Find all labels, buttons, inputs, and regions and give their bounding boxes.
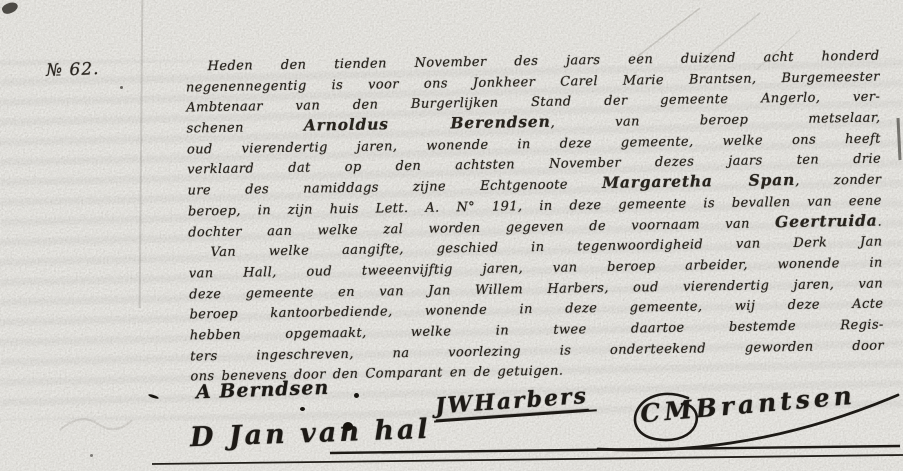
ink-blot (120, 86, 123, 89)
ink-blot (90, 454, 93, 457)
record-number: № 62. (46, 59, 100, 81)
signature-berendsen: A Berndsen (196, 377, 330, 404)
ink-blot (300, 407, 305, 411)
ink-blot (343, 422, 353, 431)
line-name-emphasis: Geertruida (775, 210, 878, 231)
line-text: . (877, 214, 882, 229)
ink-blot (354, 393, 359, 398)
manuscript-text-block: Heden den tienden November des jaars een… (185, 45, 884, 387)
ink-smudge (1, 0, 20, 16)
line-text: , zonder (795, 173, 882, 189)
line-text: schenen (186, 120, 304, 137)
line-name-emphasis: Margaretha Span (602, 170, 795, 192)
scanned-birth-record: № 62. Heden den tienden November des jaa… (0, 0, 903, 471)
line-name-emphasis: Arnoldus Berendsen (304, 112, 551, 135)
